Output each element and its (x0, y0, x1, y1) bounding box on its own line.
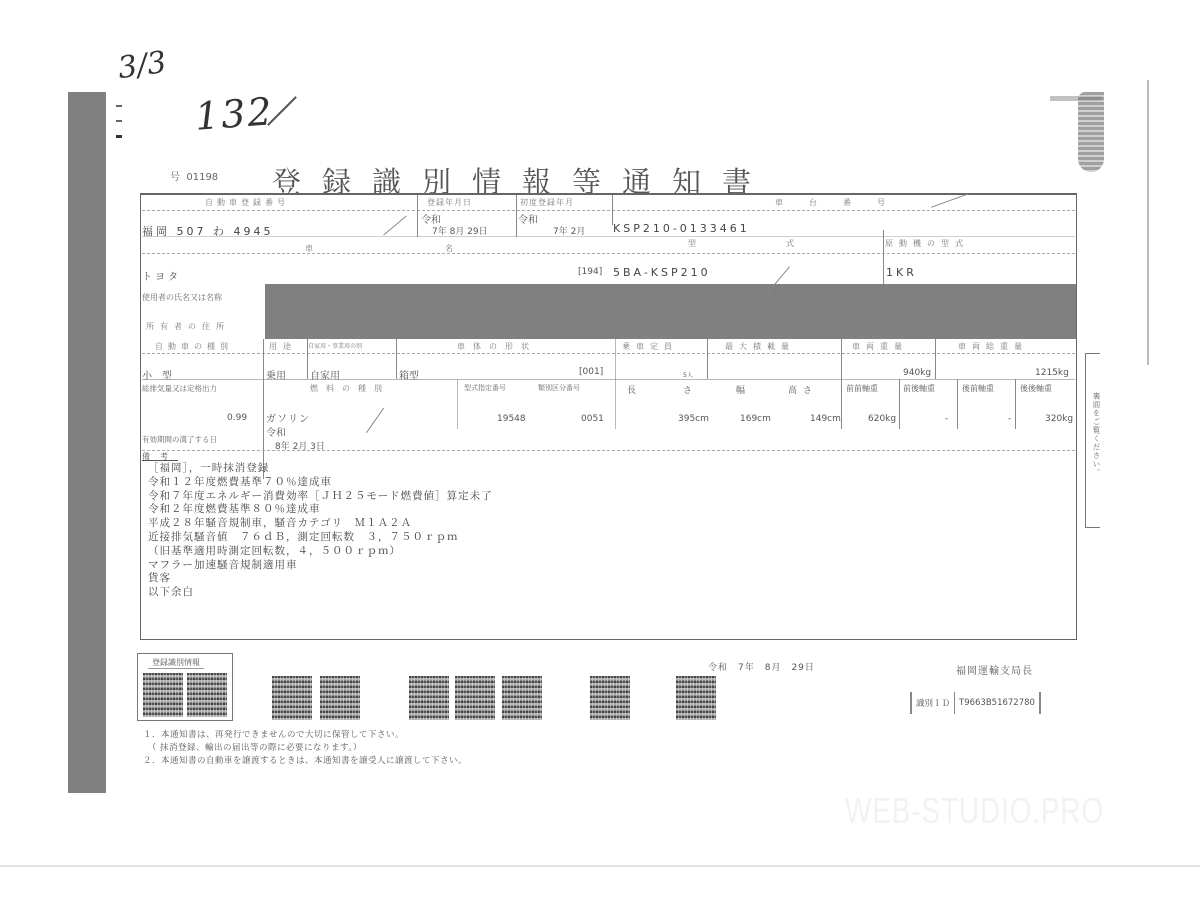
owner-name-label: 使用者の氏名又は名称 (142, 292, 222, 303)
qr-code (143, 673, 183, 717)
length-label-char: さ (683, 383, 692, 396)
model-label: 型式 (688, 238, 884, 249)
margin-mark (116, 135, 122, 138)
remark-line: 令和２年度燃費基準８０％達成車 (148, 503, 493, 517)
remark-line: ［福岡］，一時抹消登録 (148, 462, 493, 476)
qr-box-label: 登録識別情報 (148, 657, 204, 669)
chassis-number: KSP210-0133461 (613, 222, 750, 235)
remark-line: 令和１２年度燃費基準７０％達成車 (148, 476, 493, 490)
model-code: [194] (578, 267, 602, 277)
type-designation-label: 型式指定番号 (464, 383, 506, 393)
body-shape-label: 車体の形状 (457, 341, 537, 352)
private-business-label: 自家用・事業用の別 (308, 341, 362, 350)
column-divider (935, 339, 936, 379)
row-divider (142, 210, 1075, 211)
fuel-type: ガソリン (266, 410, 310, 425)
rear-front-axle-weight: - (1008, 414, 1011, 424)
document-number: 号 01198 (170, 168, 218, 183)
page-edge-line (1147, 80, 1149, 365)
front-rear-axle-weight: - (945, 414, 948, 424)
capacity-label: 乗車定員 (622, 341, 678, 352)
margin-mark (116, 105, 122, 107)
column-divider (841, 339, 842, 429)
remark-line: 以下余白 (148, 586, 493, 600)
column-divider (457, 379, 458, 429)
first-registration-label: 初度登録年月 (520, 197, 574, 208)
column-divider (396, 339, 397, 379)
column-divider (516, 195, 517, 237)
column-divider (612, 195, 613, 225)
remark-line: 貨客 (148, 572, 493, 586)
footnote-1: １．本通知書は、再発行できませんので大切に保管して下さい。 (143, 728, 404, 740)
use-label: 用途 (269, 341, 297, 352)
remark-line: （旧基準適用時測定回転数，４，５００ｒｐｍ） (148, 545, 493, 559)
fuel-label: 燃料の種別 (310, 383, 390, 394)
footnote-1-sub: （ 抹消登録、輸出の届出等の際に必要になります。） (143, 741, 362, 753)
document-number-value: 01198 (186, 172, 218, 183)
column-divider (707, 339, 708, 379)
vehicle-weight: 940kg (903, 368, 931, 378)
redacted-owner-info (265, 284, 1076, 339)
chassis-number-label: 車台番号 (775, 197, 911, 208)
engine-type-label: 原動機の型式 (885, 238, 969, 249)
owner-address-label: 所有者の住所 (146, 321, 230, 332)
row-divider (142, 253, 1075, 254)
document-number-label: 号 (170, 172, 180, 183)
width-value: 169cm (740, 414, 771, 424)
handwritten-page-mark: 3/3 (116, 45, 169, 86)
gross-weight: 1215kg (1035, 368, 1069, 378)
scan-margin-bar (68, 92, 106, 793)
engine-type: 1KR (886, 266, 917, 279)
id-value: T9663B51672780 (955, 698, 1039, 708)
height-value: 149cm (810, 414, 841, 424)
remark-line: 近接排気騒音値 ７６ｄＢ，測定回転数 ３，７５０ｒｐｍ (148, 531, 493, 545)
qr-code (272, 676, 312, 720)
expiry-era: 令和 (266, 424, 286, 439)
footnote-2: ２．本通知書の自動車を譲渡するときは、本通知書を譲受人に譲渡して下さい。 (143, 754, 467, 766)
vehicle-make: トヨタ (142, 268, 181, 283)
type-designation-number: 19548 (497, 414, 526, 424)
body-shape-code: [001] (579, 367, 603, 377)
height-label: 高さ (788, 383, 818, 396)
qr-code (502, 676, 542, 720)
qr-code (320, 676, 360, 720)
displacement-label: 総排気量又は定格出力 (142, 383, 217, 394)
column-divider (1015, 379, 1016, 429)
length-value: 395cm (678, 414, 709, 424)
qr-code (590, 676, 630, 720)
issuing-authority: 福岡運輸支局長 (956, 662, 1033, 677)
qr-code (187, 673, 227, 717)
gross-weight-label: 車両総重量 (958, 341, 1028, 352)
first-registration-era: 令和 (518, 211, 538, 226)
page-divider (0, 865, 1200, 867)
handwritten-number: 132 (194, 89, 275, 138)
column-divider (263, 339, 264, 479)
expiry-label: 有効期間の満了する日 (142, 434, 217, 445)
remark-line: 令和７年度エネルギー消費効率［ＪＨ２５モード燃費値］算定未了 (148, 490, 493, 504)
ornament-border (1078, 92, 1104, 172)
qr-code (455, 676, 495, 720)
width-label: 幅 (736, 383, 745, 396)
watermark: WEB-STUDIO.PRO (845, 790, 1104, 832)
front-front-axle-label: 前前軸重 (846, 383, 878, 394)
column-divider (615, 339, 616, 429)
category-label: 類別区分番号 (538, 383, 580, 393)
row-divider (142, 236, 1075, 237)
vehicle-weight-label: 車両重量 (852, 341, 908, 352)
column-divider (883, 230, 884, 284)
vehicle-kind-label: 自動車の種別 (155, 341, 233, 352)
registration-date-label: 登録年月日 (427, 197, 472, 208)
remarks-label: 備考 (142, 451, 178, 462)
row-divider (142, 450, 1075, 451)
registration-number-label: 自動車登録番号 (205, 197, 289, 208)
side-note: 裏面をご覧ください。 (1090, 392, 1102, 477)
vehicle-model: 5BA-KSP210 (613, 266, 711, 279)
rear-rear-axle-weight: 320kg (1045, 414, 1073, 424)
max-load-label: 最大積載量 (725, 341, 795, 352)
qr-code (409, 676, 449, 720)
remark-line: マフラー加速騒音規制適用車 (148, 559, 493, 573)
category-number: 0051 (581, 414, 604, 424)
rear-front-axle-label: 後前軸重 (962, 383, 994, 394)
front-front-axle-weight: 620kg (868, 414, 896, 424)
id-label: 識別ＩＤ (912, 697, 954, 709)
margin-mark (116, 120, 122, 122)
rear-rear-axle-label: 後後軸重 (1020, 383, 1052, 394)
row-divider (142, 379, 1075, 380)
passenger-capacity: 5人 (683, 370, 693, 379)
front-rear-axle-label: 前後軸重 (903, 383, 935, 394)
issue-date: 令和 7年 8月 29日 (708, 660, 815, 673)
remarks-list: ［福岡］，一時抹消登録 令和１２年度燃費基準７０％達成車 令和７年度エネルギー消… (148, 462, 493, 600)
qr-code (676, 676, 716, 720)
column-divider (899, 379, 900, 429)
length-label-char: 長 (627, 383, 636, 396)
identification-id-box: 識別ＩＤ T9663B51672780 (910, 692, 1041, 714)
displacement-value: 0.99 (227, 413, 247, 423)
remark-line: 平成２８年騒音規制車，騒音カテゴリ Ｍ１Ａ２Ａ (148, 517, 493, 531)
column-divider (307, 339, 308, 379)
column-divider (957, 379, 958, 429)
column-divider (417, 195, 418, 237)
